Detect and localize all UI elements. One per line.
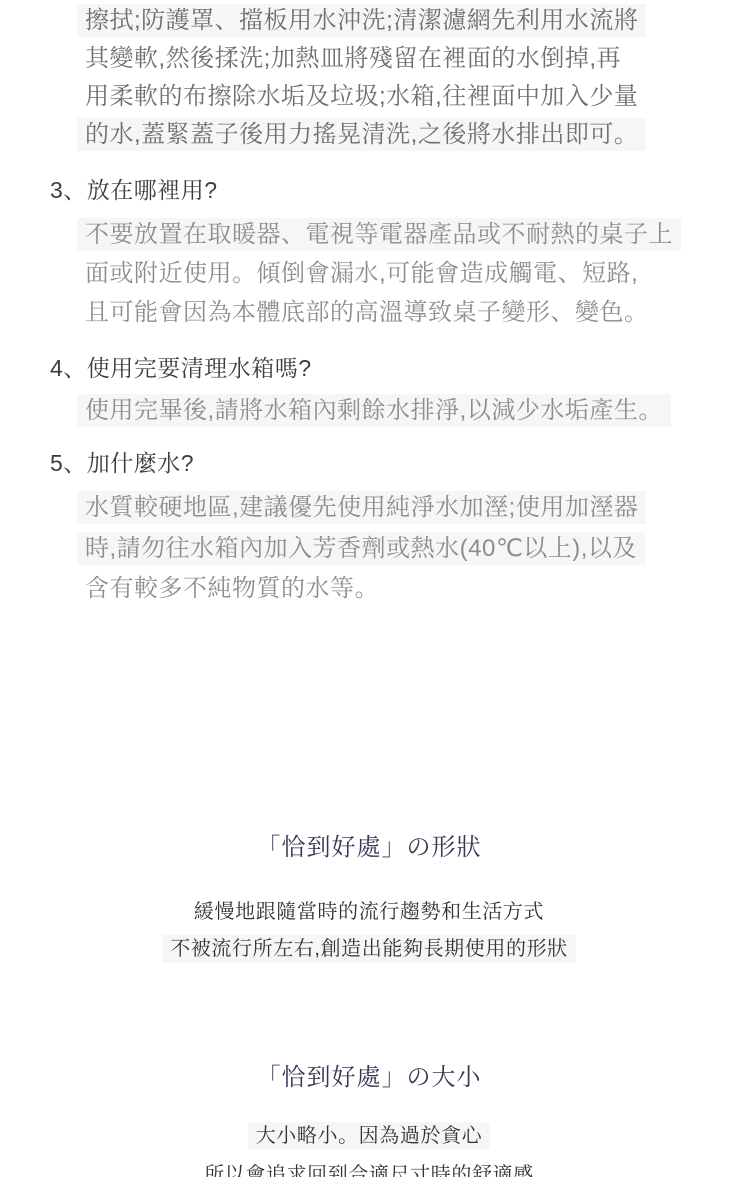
question-title: 3、放在哪裡用? [50, 179, 218, 202]
intro-paragraph-line: 用柔軟的布擦除水垢及垃圾;水箱,往裡面中加入少量 [85, 85, 638, 109]
question-answer-line: 時,請勿往水箱內加入芳香劑或熱水(40℃以上),以及 [85, 537, 637, 561]
question-answer-line: 面或附近使用。傾倒會漏水,可能會造成觸電、短路, [85, 262, 638, 286]
feature-section-title: 「恰到好處」の大小 [0, 1066, 738, 1090]
intro-paragraph-line: 擦拭;防護罩、擋板用水沖洗;清潔濾網先利用水流將 [85, 9, 638, 33]
feature-description-line: 不被流行所左右,創造出能夠長期使用的形狀 [0, 939, 738, 959]
question-answer-line: 且可能會因為本體底部的高溫導致桌子變形、變色。 [85, 301, 649, 325]
intro-paragraph-line: 的水,蓋緊蓋子後用力搖晃清洗,之後將水排出即可。 [85, 123, 638, 147]
question-answer-line: 不要放置在取暖器、電視等電器產品或不耐熱的桌子上 [85, 223, 673, 247]
intro-paragraph-line: 其變軟,然後揉洗;加熱皿將殘留在裡面的水倒掉,再 [85, 47, 621, 71]
question-answer-line: 含有較多不純物質的水等。 [85, 577, 379, 601]
product-description-page: 擦拭;防護罩、擋板用水沖洗;清潔濾網先利用水流將 其變軟,然後揉洗;加熱皿將殘留… [0, 0, 738, 1177]
feature-description-line: 大小略小。因為過於貪心 [0, 1126, 738, 1146]
question-answer-line: 水質較硬地區,建議優先使用純淨水加溼;使用加溼器 [85, 496, 638, 520]
feature-description-line: 緩慢地跟隨當時的流行趨勢和生活方式 [0, 902, 738, 922]
question-title: 4、使用完要清理水箱嗎? [50, 357, 312, 380]
feature-description-line: 所以會追求回到合適尺寸時的舒適感 [0, 1165, 738, 1177]
feature-section-title: 「恰到好處」の形狀 [0, 836, 738, 860]
question-answer-line: 使用完畢後,請將水箱內剩餘水排淨,以減少水垢產生。 [85, 399, 663, 423]
question-title: 5、加什麼水? [50, 452, 194, 475]
